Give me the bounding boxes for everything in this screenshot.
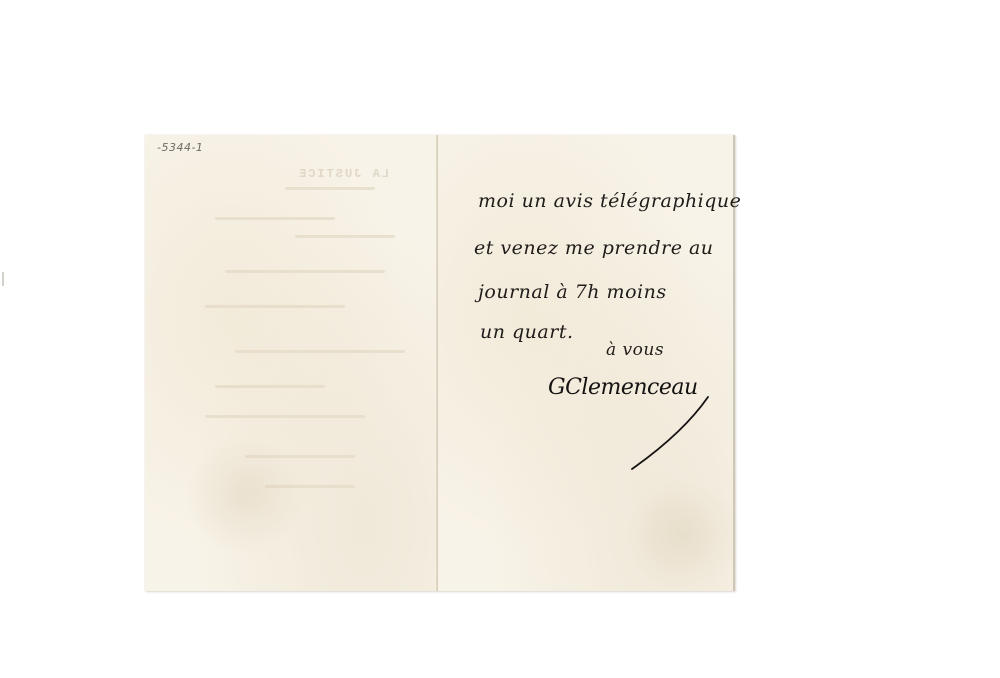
paper-stain [185,435,305,555]
letter-closing: à vous [606,340,664,360]
bleed-line [215,385,325,388]
bleed-line [225,270,385,273]
bleed-line [215,217,335,220]
bleed-line [235,350,405,353]
right-page: moi un avis télégraphique et venez me pr… [438,135,735,591]
letter-line-2: et venez me prendre au [474,237,714,259]
letterhead-bleedthrough: LA JUSTICE [297,167,389,181]
letter-line-4: un quart. [480,321,574,343]
bleed-line [285,187,375,190]
bleed-line [295,235,395,238]
left-page: -5344-1 LA JUSTICE [145,135,438,591]
letter-sheet: -5344-1 LA JUSTICE moi un avis télégraph… [145,135,735,591]
bleed-line [205,415,365,418]
letter-line-3: journal à 7h moins [478,281,667,303]
letter-line-1: moi un avis télégraphique [478,190,741,212]
paper-stain [628,475,738,595]
accession-mark: -5344-1 [157,141,203,154]
signature-flourish [628,393,718,473]
scan-edge-mark [2,272,4,286]
bleed-line [205,305,345,308]
